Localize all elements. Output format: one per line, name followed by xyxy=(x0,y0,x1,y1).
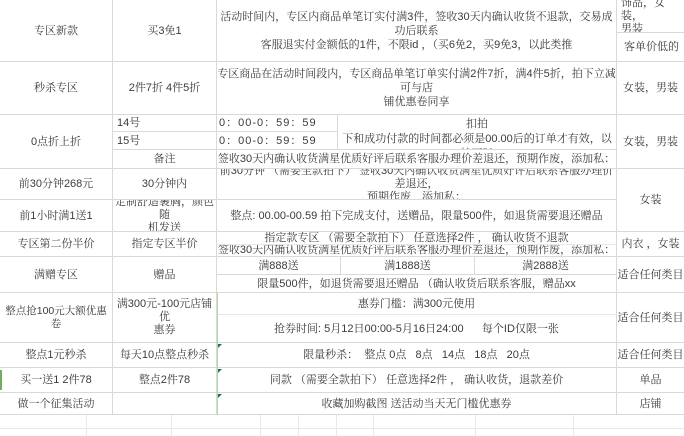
cell-r5-activity[interactable]: 前1小时满1送1 xyxy=(0,200,113,232)
cell-r4-r5-category[interactable]: 女装 xyxy=(617,169,684,232)
cell-r2-activity[interactable]: 秒杀专区 xyxy=(0,62,113,115)
cell-r3-note-label[interactable]: 备注 xyxy=(113,150,217,169)
cell-r8-deal[interactable]: 满300元-100元店铺优 惠券 xyxy=(113,293,217,343)
cell-r2-detail[interactable]: 专区商品在活动时间段内，专区商品单笔订单实付满2件7折，满4件5折，拍下立减可与… xyxy=(217,62,617,115)
cell-r1-category-bottom[interactable]: 客单价低的 xyxy=(617,33,684,62)
cell-r8-detail-line2[interactable]: 抢券时间: 5月12日00:00-5月16日24:00 每个ID仅限一张 xyxy=(217,315,617,343)
grid-line xyxy=(475,415,476,436)
cell-flag-icon xyxy=(218,369,222,373)
cell-r1-category-top[interactable]: 饰品，女装， 男装 xyxy=(617,0,684,33)
cell-flag-icon xyxy=(218,344,222,348)
cell-r6-detail-line2[interactable]: 签收30天内确认收货满星优质好评后联系客服办理价差退还，预期作废，添加私： xyxy=(217,245,617,257)
cell-r6-category[interactable]: 内衣 ，女装 xyxy=(617,232,684,257)
cell-r4-deal[interactable]: 30分钟内 xyxy=(113,169,217,200)
cell-r1-activity[interactable]: 专区新款 xyxy=(0,0,113,62)
cell-r3-activity[interactable]: 0点折上折 xyxy=(0,115,113,169)
cell-r7-deal[interactable]: 赠品 xyxy=(113,257,217,293)
cell-r7-detail[interactable]: 限量500件，如退货需要退还赠品 （确认收货后联系客服，赠品xx xyxy=(217,275,617,293)
grid-line xyxy=(336,415,337,436)
cell-r11-activity[interactable]: 做一个征集活动 xyxy=(0,393,113,415)
cell-r3-day1[interactable]: 14号 xyxy=(113,115,217,132)
cell-r2-deal[interactable]: 2件7折 4件5折 xyxy=(113,62,217,115)
cell-r3-time1[interactable]: 0：00-0：59：59 xyxy=(217,115,338,132)
cell-r11-deal[interactable] xyxy=(113,393,217,415)
grid-line xyxy=(573,415,574,436)
cell-r7-activity[interactable]: 满赠专区 xyxy=(0,257,113,293)
cell-r3-detail[interactable]: 14.15日0点到1点期间的订单上优惠价的基础上享受9.5折扣拍 下和成功付款的… xyxy=(338,115,617,150)
cell-flag-icon xyxy=(218,394,222,398)
grid-line xyxy=(298,415,299,436)
cell-r1-detail[interactable]: 活动时间内，专区内商品单笔订实付满3件，签收30天内确认收货不退款，交易成功后联… xyxy=(217,0,617,62)
grid-line xyxy=(0,428,684,429)
cell-r6-detail-line1[interactable]: 指定款专区 （需要全款拍下） 任意选择2件 ， 确认收货不退款 xyxy=(217,232,617,245)
cell-r3-time2[interactable]: 0：00-0：59：59 xyxy=(217,132,338,150)
cell-r9-detail[interactable]: 限量秒杀： 整点 0点 8点 14点 18点 20点 xyxy=(217,343,617,368)
cell-r11-category[interactable]: 店铺 xyxy=(617,393,684,415)
cell-r8-category[interactable]: 适合任何类目 xyxy=(617,293,684,343)
cell-r1-deal[interactable]: 买3免1 xyxy=(113,0,217,62)
cell-r10-detail[interactable]: 同款 （需要全款拍下） 任意选择2件 ， 确认收货，退款差价 xyxy=(217,368,617,393)
cell-r10-activity[interactable]: 买一送1 2件78 xyxy=(0,368,113,393)
cell-r6-activity[interactable]: 专区第二份半价 xyxy=(0,232,113,257)
cell-r7-category[interactable]: 适合任何类目 xyxy=(617,257,684,293)
cell-r10-category[interactable]: 单品 xyxy=(617,368,684,393)
cell-r2-category[interactable]: 女装，男装 xyxy=(617,62,684,115)
cell-r8-activity[interactable]: 整点抢100元大额优惠卷 xyxy=(0,293,113,343)
cell-r6-deal[interactable]: 指定专区半价 xyxy=(113,232,217,257)
cell-r7-tier1[interactable]: 满888送 xyxy=(217,257,341,275)
cell-r9-category[interactable]: 适合任何类目 xyxy=(617,343,684,368)
cell-r3-category[interactable]: 女装，男装 xyxy=(617,115,684,169)
cell-r5-detail[interactable]: 整点: 00.00-00.59 拍下完成支付，送赠品，限量500件，如退货需要退… xyxy=(217,200,617,232)
cell-r4-activity[interactable]: 前30分钟268元 xyxy=(0,169,113,200)
grid-line xyxy=(86,415,87,436)
cell-r4-detail[interactable]: 前30分钟 （需要全款拍下） 签收30天内确认收货满星优质好评后联系客服办理价差… xyxy=(217,169,617,200)
cell-r5-deal[interactable]: 定制舒适裹胸，颜色随 机发送 xyxy=(113,200,217,232)
spreadsheet: 专区新款 买3免1 活动时间内，专区内商品单笔订实付满3件，签收30天内确认收货… xyxy=(0,0,684,436)
grid-line xyxy=(260,415,261,436)
cell-r7-tier2[interactable]: 满1888送 xyxy=(341,257,475,275)
cell-r3-day2[interactable]: 15号 xyxy=(113,132,217,150)
cell-r9-deal[interactable]: 每天10点整点秒杀 xyxy=(113,343,217,368)
cell-r10-deal[interactable]: 整点2件78 xyxy=(113,368,217,393)
grid-line xyxy=(373,415,374,436)
cell-r8-detail-line1[interactable]: 惠券门槛：满300元使用 xyxy=(217,293,617,315)
cell-r7-tier3[interactable]: 满2888送 xyxy=(475,257,617,275)
left-selection-mark xyxy=(0,370,2,390)
cell-r11-detail[interactable]: 收藏加购截图 送活动当天无门槛优惠券 xyxy=(217,393,617,415)
cell-r3-note[interactable]: 签收30天内确认收货满星优质好评后联系客服办理价差退还，预期作废，添加私： xyxy=(217,150,617,169)
cell-r9-activity[interactable]: 整点1元秒杀 xyxy=(0,343,113,368)
grid-line xyxy=(171,415,172,436)
